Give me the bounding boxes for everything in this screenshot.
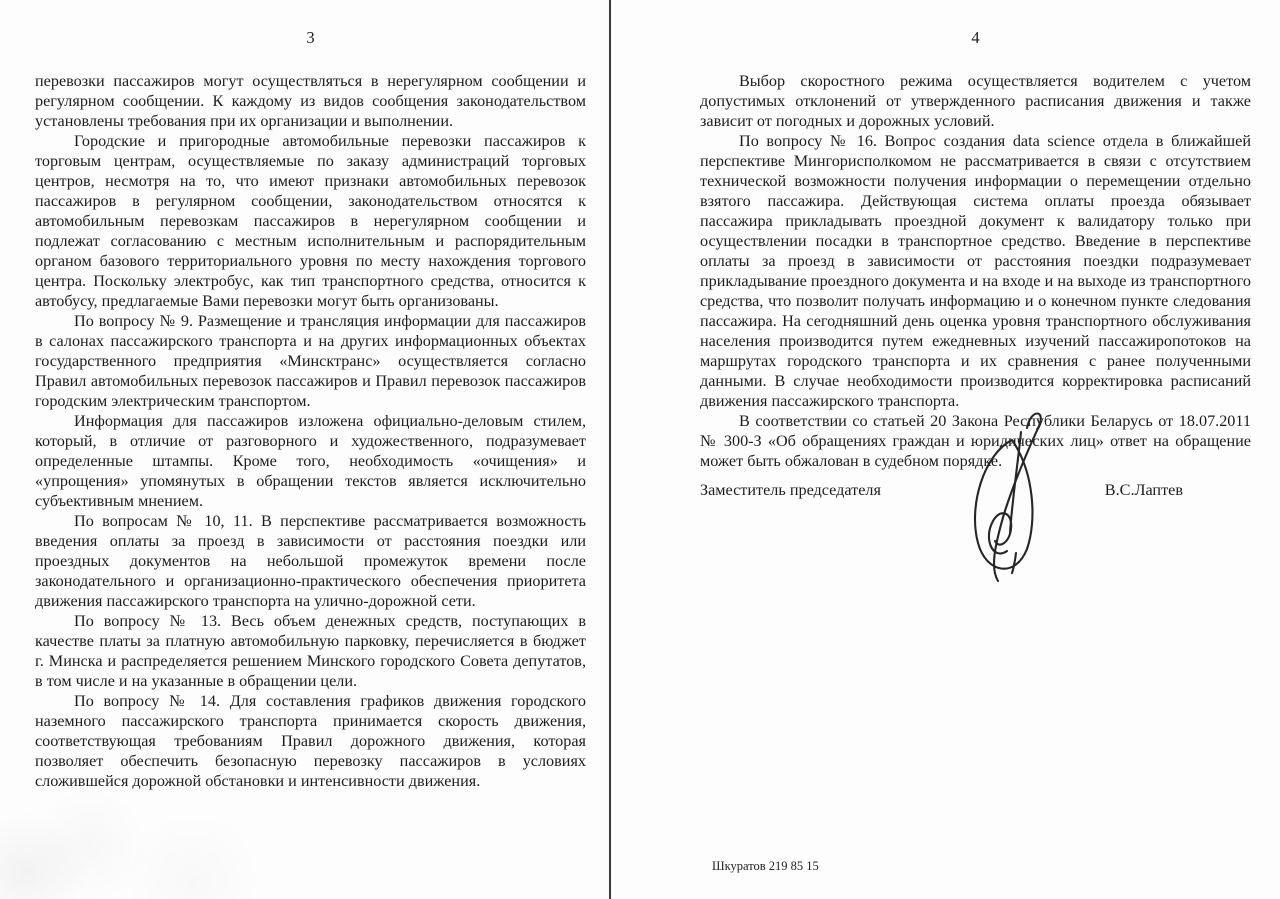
paragraph: По вопросу № 13. Весь объем денежных сре… bbox=[35, 611, 586, 691]
page-4: 4 Выбор скоростного режима осуществляетс… bbox=[611, 0, 1280, 899]
signoff-name: В.С.Лаптев bbox=[1105, 480, 1183, 500]
paragraph: Информация для пассажиров изложена офици… bbox=[35, 411, 586, 511]
page-4-body: Выбор скоростного режима осуществляется … bbox=[700, 71, 1251, 471]
paragraph: По вопросу № 16. Вопрос создания data sc… bbox=[700, 131, 1251, 411]
paragraph: Выбор скоростного режима осуществляется … bbox=[700, 71, 1251, 131]
page-4-column: 4 Выбор скоростного режима осуществляетс… bbox=[700, 0, 1251, 500]
page-4-number: 4 bbox=[700, 28, 1251, 47]
page-3: 3 перевозки пассажиров могут осуществлят… bbox=[0, 0, 609, 899]
paragraph: По вопросу № 9. Размещение и трансляция … bbox=[35, 311, 586, 411]
paragraph: По вопросам № 10, 11. В перспективе расс… bbox=[35, 511, 586, 611]
page-3-body: перевозки пассажиров могут осуществлятьс… bbox=[35, 71, 586, 791]
document-scan: 3 перевозки пассажиров могут осуществлят… bbox=[0, 0, 1280, 899]
paragraph: перевозки пассажиров могут осуществлятьс… bbox=[35, 71, 586, 131]
signoff-role: Заместитель председателя bbox=[700, 480, 881, 500]
signoff-row: Заместитель председателя В.С.Лаптев bbox=[700, 480, 1251, 500]
paragraph: По вопросу № 14. Для составления графико… bbox=[35, 691, 586, 791]
executor-footer-note: Шкуратов 219 85 15 bbox=[712, 859, 819, 874]
page-3-number: 3 bbox=[35, 28, 586, 47]
paragraph: В соответствии со статьей 20 Закона Респ… bbox=[700, 411, 1251, 471]
paragraph: Городские и пригородные автомобильные пе… bbox=[35, 131, 586, 311]
page-3-column: 3 перевозки пассажиров могут осуществлят… bbox=[35, 0, 586, 791]
